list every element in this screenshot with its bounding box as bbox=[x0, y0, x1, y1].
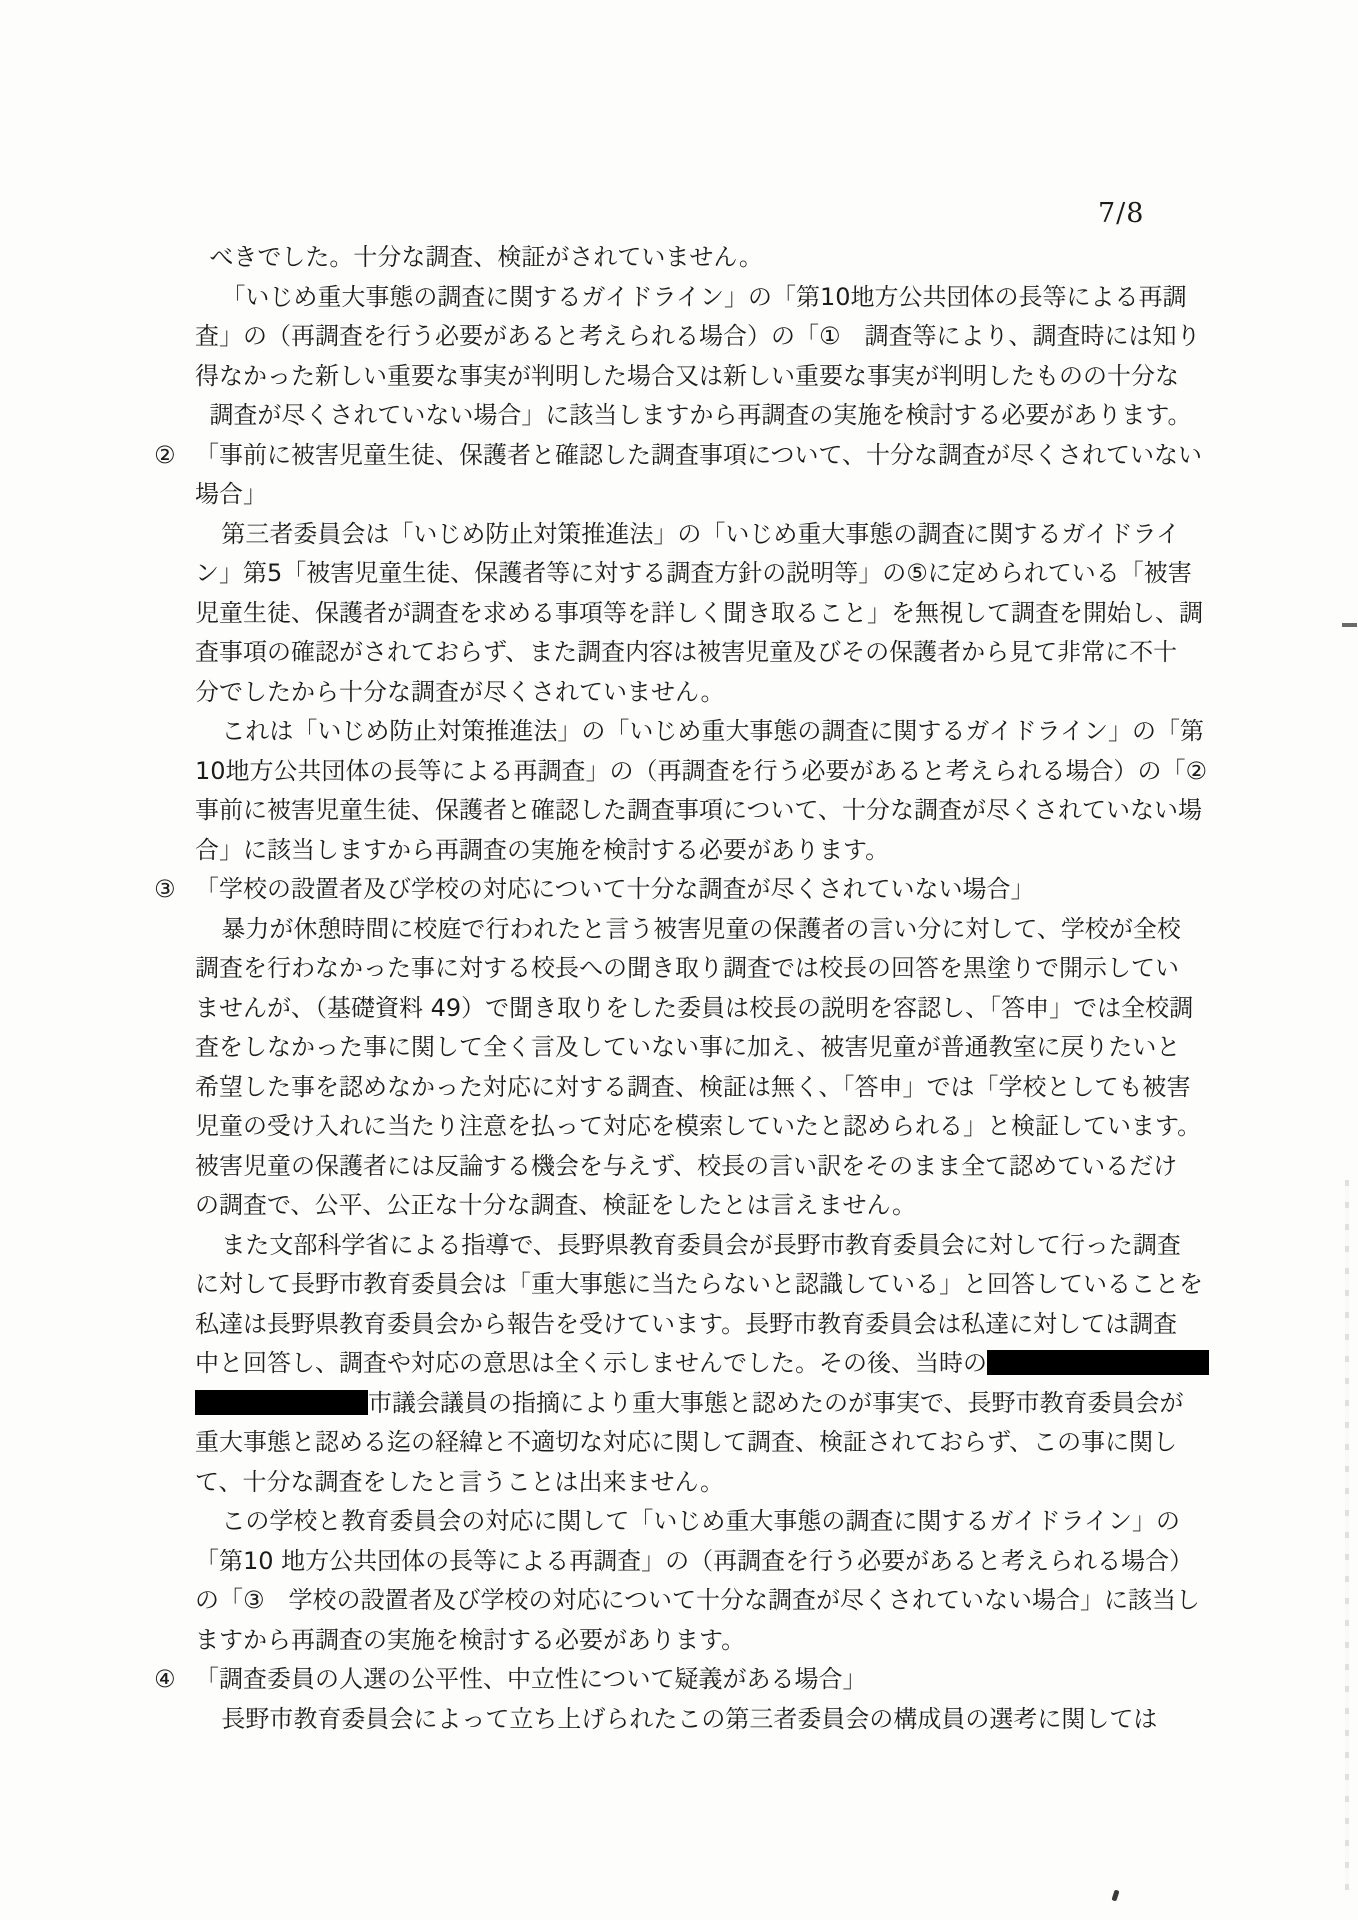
text-segment: べきでした。十分な調査、検証がされていません。 bbox=[209, 243, 762, 271]
text-line: に対して長野市教育委員会は「重大事態に当たらないと認識している」と回答しているこ… bbox=[195, 1265, 1240, 1305]
text-segment: ませんが、（基礎資料 49）で聞き取りをした委員は校長の説明を容認し、「答申」で… bbox=[195, 994, 1193, 1022]
text-segment: 分でしたから十分な調査が尽くされていません。 bbox=[195, 678, 724, 706]
text-segment: 10地方公共団体の長等による再調査」の（再調査を行う必要があると考えられる場合）… bbox=[195, 757, 1207, 785]
text-line: 児童生徒、保護者が調査を求める事項等を詳しく聞き取ること」を無視して調査を開始し… bbox=[195, 594, 1240, 634]
text-segment: 暴力が休憩時間に校庭で行われたと言う被害児童の保護者の言い分に対して、学校が全校 bbox=[221, 915, 1181, 943]
text-line: 長野市教育委員会によって立ち上げられたこの第三者委員会の構成員の選考に関しては bbox=[195, 1700, 1240, 1740]
text-line: 場合」 bbox=[195, 475, 1240, 515]
text-line: 希望した事を認めなかった対応に対する調査、検証は無く、「答申」では「学校としても… bbox=[195, 1068, 1240, 1108]
text-segment: 希望した事を認めなかった対応に対する調査、検証は無く、「答申」では「学校としても… bbox=[195, 1073, 1191, 1101]
text-segment: て、十分な調査をしたと言うことは出来ません。 bbox=[195, 1468, 724, 1496]
text-line: 調査が尽くされていない場合」に該当しますから再調査の実施を検討する必要があります… bbox=[195, 396, 1240, 436]
text-line: 得なかった新しい重要な事実が判明した場合又は新しい重要な事実が判明したものの十分… bbox=[195, 357, 1240, 397]
text-line: ン」第5「被害児童生徒、保護者等に対する調査方針の説明等」の⑤に定められている「… bbox=[195, 554, 1240, 594]
text-line: 第三者委員会は「いじめ防止対策推進法」の「いじめ重大事態の調査に関するガイドライ bbox=[195, 515, 1240, 555]
text-segment: 被害児童の保護者には反論する機会を与えず、校長の言い訳をそのまま全て認めているだ… bbox=[195, 1152, 1177, 1180]
text-segment: 「事前に被害児童生徒、保護者と確認した調査事項について、十分な調査が尽くされてい… bbox=[195, 441, 1202, 469]
redaction-bar bbox=[987, 1350, 1209, 1375]
text-line: ませんが、（基礎資料 49）で聞き取りをした委員は校長の説明を容認し、「答申」で… bbox=[195, 989, 1240, 1029]
scan-artifact-streak bbox=[1345, 1180, 1349, 1890]
text-line: 合」に該当しますから再調査の実施を検討する必要があります。 bbox=[195, 831, 1240, 871]
text-segment: 「調査委員の人選の公平性、中立性について疑義がある場合」 bbox=[195, 1665, 867, 1693]
text-segment: 「いじめ重大事態の調査に関するガイドライン」の「第10地方公共団体の長等による再… bbox=[221, 283, 1186, 311]
text-segment: の調査で、公平、公正な十分な調査、検証をしたとは言えません。 bbox=[195, 1191, 916, 1219]
text-segment: 「第10 地方公共団体の長等による再調査」の（再調査を行う必要があると考えられる… bbox=[195, 1547, 1193, 1575]
scan-artifact-dash bbox=[1342, 623, 1357, 627]
page-number: 7/8 bbox=[1098, 198, 1144, 229]
text-segment: 査事項の確認がされておらず、また調査内容は被害児童及びその保護者から見て非常に不… bbox=[195, 638, 1177, 666]
text-segment: に対して長野市教育委員会は「重大事態に当たらないと認識している」と回答しているこ… bbox=[195, 1270, 1203, 1298]
text-segment: 得なかった新しい重要な事実が判明した場合又は新しい重要な事実が判明したものの十分… bbox=[195, 362, 1179, 390]
text-line: 市議会議員の指摘により重大事態と認めたのが事実で、長野市教育委員会が bbox=[195, 1384, 1240, 1424]
text-segment: この学校と教育委員会の対応に関して「いじめ重大事態の調査に関するガイドライン」の bbox=[221, 1507, 1180, 1535]
text-line: 児童の受け入れに当たり注意を払って対応を模索していたと認められる」と検証していま… bbox=[195, 1107, 1240, 1147]
document-text-block: べきでした。十分な調査、検証がされていません。「いじめ重大事態の調査に関するガイ… bbox=[195, 238, 1240, 1739]
text-segment: 中と回答し、調査や対応の意思は全く示しませんでした。その後、当時の bbox=[195, 1349, 987, 1377]
text-line: 被害児童の保護者には反論する機会を与えず、校長の言い訳をそのまま全て認めているだ… bbox=[195, 1147, 1240, 1187]
text-line: の調査で、公平、公正な十分な調査、検証をしたとは言えません。 bbox=[195, 1186, 1240, 1226]
text-line: の「③ 学校の設置者及び学校の対応について十分な調査が尽くされていない場合」に該… bbox=[195, 1581, 1240, 1621]
text-segment: 重大事態と認める迄の経緯と不適切な対応に関して調査、検証されておらず、この事に関… bbox=[195, 1428, 1177, 1456]
text-segment: これは「いじめ防止対策推進法」の「いじめ重大事態の調査に関するガイドライン」の「… bbox=[221, 717, 1204, 745]
scanned-document-page: 7/8 べきでした。十分な調査、検証がされていません。「いじめ重大事態の調査に関… bbox=[0, 0, 1358, 1920]
text-segment: 調査が尽くされていない場合」に該当しますから再調査の実施を検討する必要があります… bbox=[209, 401, 1191, 429]
text-line: 「いじめ重大事態の調査に関するガイドライン」の「第10地方公共団体の長等による再… bbox=[195, 278, 1240, 318]
text-line: 私達は長野県教育委員会から報告を受けています。長野市教育委員会は私達に対しては調… bbox=[195, 1305, 1240, 1345]
text-segment: ますから再調査の実施を検討する必要があります。 bbox=[195, 1626, 745, 1654]
circled-number-marker: ④ bbox=[154, 1660, 176, 1700]
text-line: ④「調査委員の人選の公平性、中立性について疑義がある場合」 bbox=[195, 1660, 1240, 1700]
circled-number-marker: ③ bbox=[154, 870, 176, 910]
text-line: ますから再調査の実施を検討する必要があります。 bbox=[195, 1621, 1240, 1661]
text-line: また文部科学省による指導で、長野県教育委員会が長野市教育委員会に対して行った調査 bbox=[195, 1226, 1240, 1266]
text-line: 査」の（再調査を行う必要があると考えられる場合）の「① 調査等により、調査時には… bbox=[195, 317, 1240, 357]
text-segment: 調査を行わなかった事に対する校長への聞き取り調査では校長の回答を黒塗りで開示して… bbox=[195, 954, 1179, 982]
text-line: べきでした。十分な調査、検証がされていません。 bbox=[195, 238, 1240, 278]
text-segment: また文部科学省による指導で、長野県教育委員会が長野市教育委員会に対して行った調査 bbox=[221, 1231, 1181, 1259]
text-line: 中と回答し、調査や対応の意思は全く示しませんでした。その後、当時の bbox=[195, 1344, 1240, 1384]
text-line: 調査を行わなかった事に対する校長への聞き取り調査では校長の回答を黒塗りで開示して… bbox=[195, 949, 1240, 989]
text-line: 事前に被害児童生徒、保護者と確認した調査事項について、十分な調査が尽くされていな… bbox=[195, 791, 1240, 831]
text-segment: ン」第5「被害児童生徒、保護者等に対する調査方針の説明等」の⑤に定められている「… bbox=[195, 559, 1192, 587]
text-segment: 査」の（再調査を行う必要があると考えられる場合）の「① 調査等により、調査時には… bbox=[195, 322, 1201, 350]
text-line: 査事項の確認がされておらず、また調査内容は被害児童及びその保護者から見て非常に不… bbox=[195, 633, 1240, 673]
text-segment: の「③ 学校の設置者及び学校の対応について十分な調査が尽くされていない場合」に該… bbox=[195, 1586, 1200, 1614]
text-line: 「第10 地方公共団体の長等による再調査」の（再調査を行う必要があると考えられる… bbox=[195, 1542, 1240, 1582]
circled-number-marker: ② bbox=[154, 436, 176, 476]
text-segment: 児童の受け入れに当たり注意を払って対応を模索していたと認められる」と検証していま… bbox=[195, 1112, 1201, 1140]
text-line: ②「事前に被害児童生徒、保護者と確認した調査事項について、十分な調査が尽くされて… bbox=[195, 436, 1240, 476]
text-segment: 長野市教育委員会によって立ち上げられたこの第三者委員会の構成員の選考に関しては bbox=[221, 1705, 1157, 1733]
text-segment: 私達は長野県教育委員会から報告を受けています。長野市教育委員会は私達に対しては調… bbox=[195, 1310, 1177, 1338]
text-line: 査をしなかった事に関して全く言及していない事に加え、被害児童が普通教室に戻りたい… bbox=[195, 1028, 1240, 1068]
text-segment: 査をしなかった事に関して全く言及していない事に加え、被害児童が普通教室に戻りたい… bbox=[195, 1033, 1180, 1061]
text-segment: 市議会議員の指摘により重大事態と認めたのが事実で、長野市教育委員会が bbox=[368, 1389, 1184, 1417]
text-line: 分でしたから十分な調査が尽くされていません。 bbox=[195, 673, 1240, 713]
text-line: 10地方公共団体の長等による再調査」の（再調査を行う必要があると考えられる場合）… bbox=[195, 752, 1240, 792]
scan-artifact-speck bbox=[1111, 1889, 1119, 1901]
text-segment: 児童生徒、保護者が調査を求める事項等を詳しく聞き取ること」を無視して調査を開始し… bbox=[195, 599, 1203, 627]
text-segment: 場合」 bbox=[195, 480, 267, 508]
text-segment: 「学校の設置者及び学校の対応について十分な調査が尽くされていない場合」 bbox=[195, 875, 1035, 903]
text-line: これは「いじめ防止対策推進法」の「いじめ重大事態の調査に関するガイドライン」の「… bbox=[195, 712, 1240, 752]
redaction-bar bbox=[195, 1390, 368, 1415]
text-line: 重大事態と認める迄の経緯と不適切な対応に関して調査、検証されておらず、この事に関… bbox=[195, 1423, 1240, 1463]
text-line: 暴力が休憩時間に校庭で行われたと言う被害児童の保護者の言い分に対して、学校が全校 bbox=[195, 910, 1240, 950]
text-segment: 第三者委員会は「いじめ防止対策推進法」の「いじめ重大事態の調査に関するガイドライ bbox=[221, 520, 1180, 548]
text-segment: 事前に被害児童生徒、保護者と確認した調査事項について、十分な調査が尽くされていな… bbox=[195, 796, 1202, 824]
text-line: ③「学校の設置者及び学校の対応について十分な調査が尽くされていない場合」 bbox=[195, 870, 1240, 910]
text-line: て、十分な調査をしたと言うことは出来ません。 bbox=[195, 1463, 1240, 1503]
text-segment: 合」に該当しますから再調査の実施を検討する必要があります。 bbox=[195, 836, 889, 864]
text-line: この学校と教育委員会の対応に関して「いじめ重大事態の調査に関するガイドライン」の bbox=[195, 1502, 1240, 1542]
